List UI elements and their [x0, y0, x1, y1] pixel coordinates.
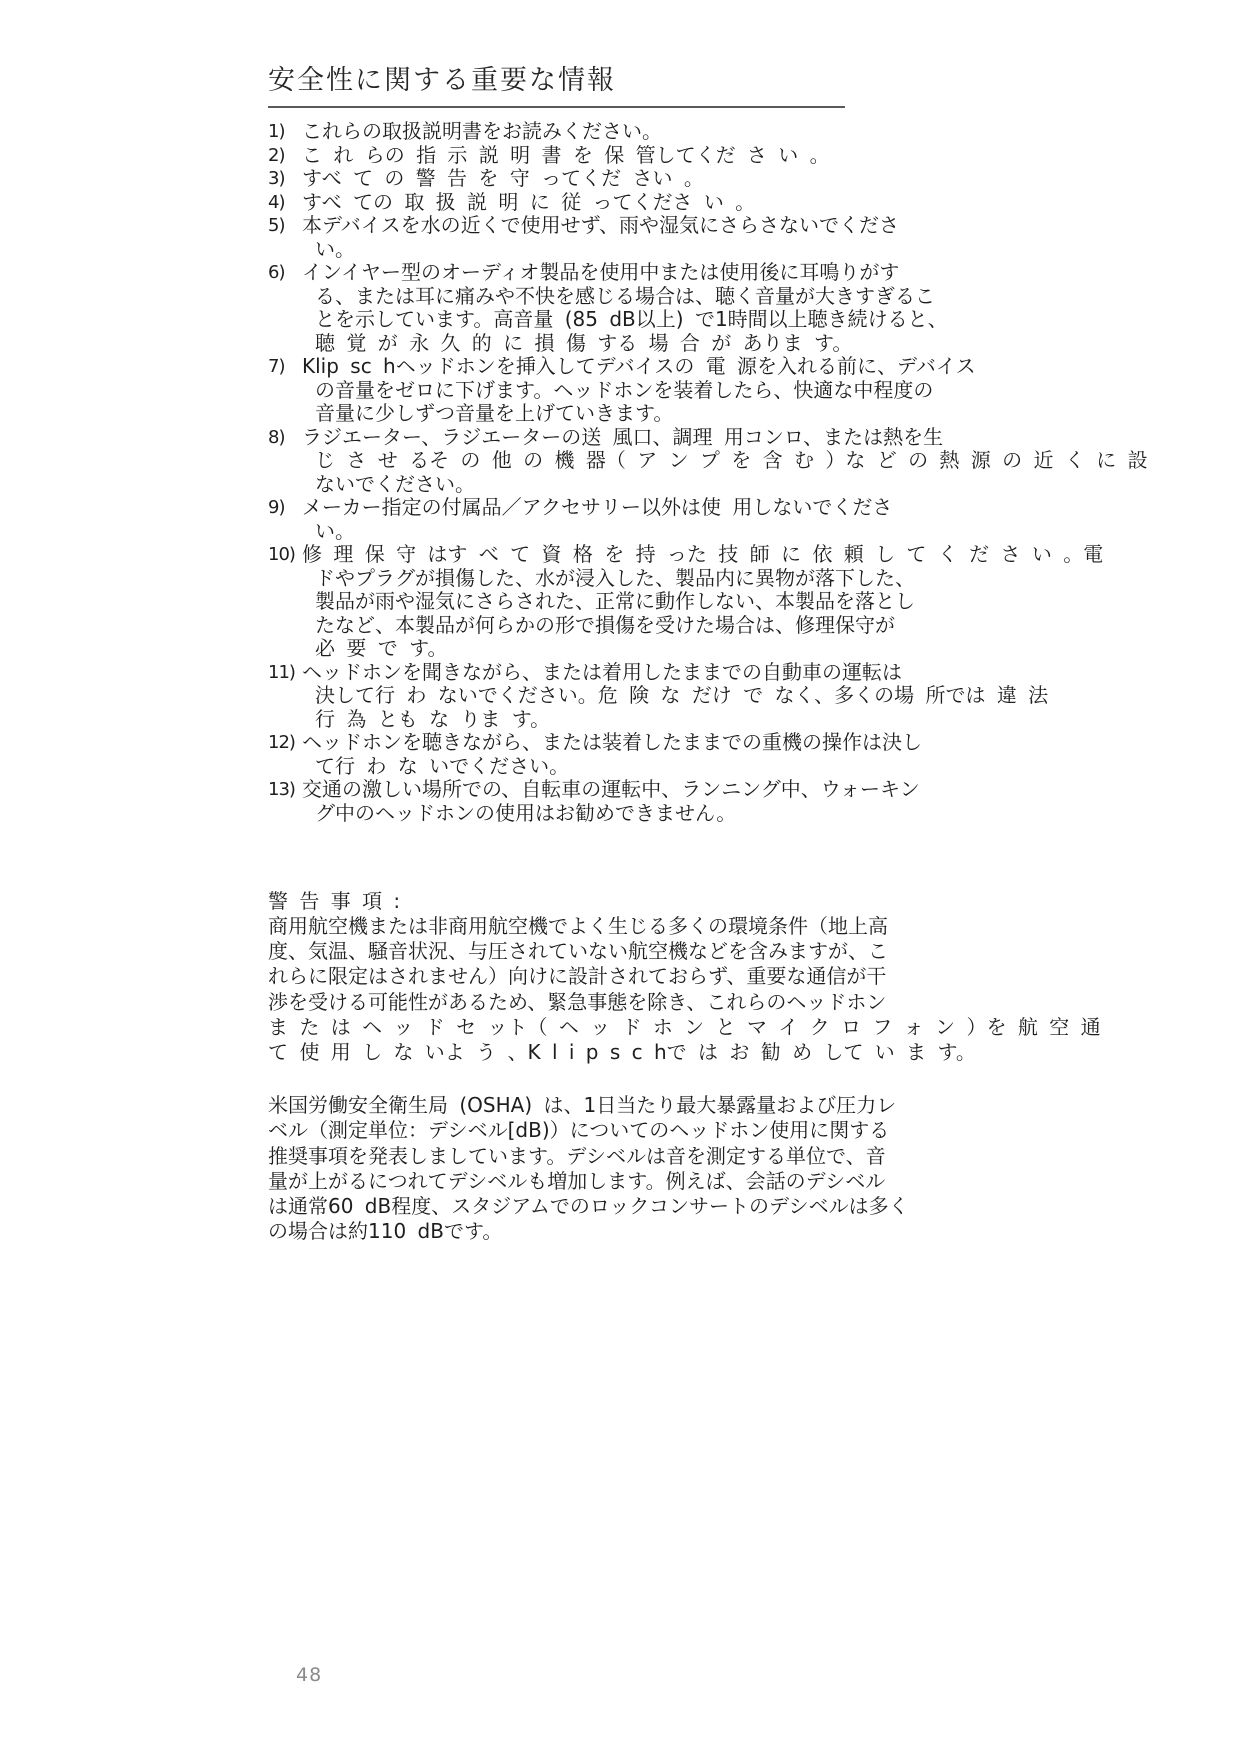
list-item-line: グ中のヘッドホンの使用はお勧めできません。	[302, 802, 1241, 826]
safety-list-item: 11)ヘッドホンを聞きながら、または着用したままでの自動車の運転は決して行 わ …	[268, 661, 1241, 732]
paragraph-line: 商用航空機または非商用航空機でよく生じる多くの環境条件（地上高	[268, 914, 1241, 939]
paragraph-line: 量が上がるにつれてデシベルも増加します。例えば、会話のデシベル	[268, 1169, 1241, 1194]
list-item-number: 6)	[268, 261, 284, 285]
paragraph-line: 推奨事項を発表しましています。デシベルは音を測定する単位で、音	[268, 1144, 1241, 1169]
list-item-number: 8)	[268, 426, 284, 450]
page-title: 安全性に関する重要な情報	[268, 58, 845, 108]
list-item-line: 聴 覚 が 永 久 的 に 損 傷 する 場 合 が ありま す。	[302, 332, 1241, 356]
safety-list-item: 1)これらの取扱説明書をお読みください。	[268, 120, 1241, 144]
manual-page: 安全性に関する重要な情報 1)これらの取扱説明書をお読みください。2)こ れ ら…	[0, 0, 1241, 1754]
paragraph-line: 渉を受ける可能性があるため、緊急事態を除き、これらのヘッドホン	[268, 990, 1241, 1015]
paragraph-line: ベル（測定単位：デシベル[dB)）についてのヘッドホン使用に関する	[268, 1118, 1241, 1143]
list-item-line: て行 わ な いでください。	[302, 755, 1241, 779]
list-item-number: 13)	[268, 778, 295, 802]
list-item-line: ヘッドホンを聴きながら、または装着したままでの重機の操作は決し	[302, 731, 1241, 755]
list-item-line: の音量をゼロに下げます。ヘッドホンを装着したら、快適な中程度の	[302, 379, 1241, 403]
list-item-line: じ さ せ るそ の 他 の 機 器（ ア ン プ を 含 む ）な ど の 熱…	[302, 449, 1241, 473]
list-item-number: 11)	[268, 661, 295, 685]
list-item-line: ラジエーター、ラジエーターの送 風口、調理 用コンロ、または熱を生	[302, 426, 1241, 450]
safety-list-item: 13)交通の激しい場所での、自転車の運転中、ランニング中、ウォーキング中のヘッド…	[268, 778, 1241, 825]
list-item-line: 交通の激しい場所での、自転車の運転中、ランニング中、ウォーキン	[302, 778, 1241, 802]
list-item-line: い。	[302, 520, 1241, 544]
list-item-number: 12)	[268, 731, 295, 755]
safety-list-item: 5)本デバイスを水の近くで使用せず、雨や湿気にさらさないでください。	[268, 214, 1241, 261]
safety-list-item: 2)こ れ らの 指 示 説 明 書 を 保 管してくだ さ い 。	[268, 144, 1241, 168]
list-item-number: 10)	[268, 543, 295, 567]
paragraph-line: て 使 用 し な いよ う 、K l i p s c hで は お 勧 め し…	[268, 1040, 1241, 1065]
list-item-line: る、または耳に痛みや不快を感じる場合は、聴く音量が大きすぎるこ	[302, 285, 1241, 309]
list-item-number: 9)	[268, 496, 284, 520]
list-item-line: すべ ての 取 扱 説 明 に 従 ってくださ い 。	[302, 191, 1241, 215]
list-item-number: 3)	[268, 167, 284, 191]
list-item-number: 7)	[268, 355, 284, 379]
paragraph-line: れらに限定はされません）向けに設計されておらず、重要な通信が干	[268, 964, 1241, 989]
safety-list-item: 8)ラジエーター、ラジエーターの送 風口、調理 用コンロ、または熱を生じ さ せ…	[268, 426, 1241, 497]
list-item-line: 音量に少しずつ音量を上げていきます。	[302, 402, 1241, 426]
list-item-line: 行 為 とも な りま す。	[302, 708, 1241, 732]
list-item-number: 5)	[268, 214, 284, 238]
paragraph-line: 度、気温、騒音状況、与圧されていない航空機などを含みますが、こ	[268, 939, 1241, 964]
list-item-line: メーカー指定の付属品／アクセサリー以外は使 用しないでくださ	[302, 496, 1241, 520]
safety-list-item: 7)Klip sc hヘッドホンを挿入してデバイスの 電 源を入れる前に、デバイ…	[268, 355, 1241, 426]
list-item-line: 本デバイスを水の近くで使用せず、雨や湿気にさらさないでくださ	[302, 214, 1241, 238]
list-item-number: 2)	[268, 144, 284, 168]
list-item-line: すべ て の 警 告 を 守 ってくだ さい 。	[302, 167, 1241, 191]
list-item-line: とを示しています。高音量 (85 dB以上) で1時間以上聴き続けると、	[302, 308, 1241, 332]
list-item-number: 1)	[268, 120, 284, 144]
warning-heading: 警 告 事 項 :	[268, 889, 1241, 914]
list-item-line: 製品が雨や湿気にさらされた、正常に動作しない、本製品を落とし	[302, 590, 1241, 614]
safety-list-item: 9)メーカー指定の付属品／アクセサリー以外は使 用しないでください。	[268, 496, 1241, 543]
list-item-line: たなど、本製品が何らかの形で損傷を受けた場合は、修理保守が	[302, 614, 1241, 638]
paragraph-line: は通常60 dB程度、スタジアムでのロックコンサートのデシベルは多く	[268, 1194, 1241, 1219]
list-item-line: 必 要 で す。	[302, 637, 1241, 661]
list-item-number: 4)	[268, 191, 284, 215]
page-number: 48	[296, 1664, 322, 1686]
list-item-line: 決して行 わ ないでください。危 険 な だけ で なく、多くの場 所では 違 …	[302, 684, 1241, 708]
safety-list-item: 12)ヘッドホンを聴きながら、または装着したままでの重機の操作は決して行 わ な…	[268, 731, 1241, 778]
list-item-line: ないでください。	[302, 473, 1241, 497]
safety-list-item: 3)すべ て の 警 告 を 守 ってくだ さい 。	[268, 167, 1241, 191]
safety-list-item: 6)インイヤー型のオーディオ製品を使用中または使用後に耳鳴りがする、または耳に痛…	[268, 261, 1241, 355]
page-content: 安全性に関する重要な情報 1)これらの取扱説明書をお読みください。2)こ れ ら…	[268, 58, 1241, 1244]
list-item-line: ヘッドホンを聞きながら、または着用したままでの自動車の運転は	[302, 661, 1241, 685]
paragraph-line: 米国労働安全衛生局 (OSHA) は、1日当たり最大暴露量および圧力レ	[268, 1093, 1241, 1118]
list-item-line: い。	[302, 238, 1241, 262]
osha-paragraph: 米国労働安全衛生局 (OSHA) は、1日当たり最大暴露量および圧力レベル（測定…	[268, 1093, 1241, 1244]
list-item-line: ドやプラグが損傷した、水が浸入した、製品内に異物が落下した、	[302, 567, 1241, 591]
list-item-line: 修 理 保 守 はす べ て 資 格 を 持 った 技 師 に 依 頼 し て …	[302, 543, 1241, 567]
safety-list-item: 10)修 理 保 守 はす べ て 資 格 を 持 った 技 師 に 依 頼 し…	[268, 543, 1241, 661]
list-item-line: こ れ らの 指 示 説 明 書 を 保 管してくだ さ い 。	[302, 144, 1241, 168]
list-item-line: インイヤー型のオーディオ製品を使用中または使用後に耳鳴りがす	[302, 261, 1241, 285]
paragraph-line: ま た は ヘ ッ ド セ ット（ ヘ ッ ド ホ ン と マ イ ク ロ フ …	[268, 1015, 1241, 1040]
warning-paragraph: 商用航空機または非商用航空機でよく生じる多くの環境条件（地上高度、気温、騒音状況…	[268, 914, 1241, 1065]
safety-instructions-list: 1)これらの取扱説明書をお読みください。2)こ れ らの 指 示 説 明 書 を…	[268, 120, 1241, 825]
list-item-line: Klip sc hヘッドホンを挿入してデバイスの 電 源を入れる前に、デバイス	[302, 355, 1241, 379]
list-item-line: これらの取扱説明書をお読みください。	[302, 120, 1241, 144]
paragraph-line: の場合は約110 dBです。	[268, 1219, 1241, 1244]
safety-list-item: 4)すべ ての 取 扱 説 明 に 従 ってくださ い 。	[268, 191, 1241, 215]
